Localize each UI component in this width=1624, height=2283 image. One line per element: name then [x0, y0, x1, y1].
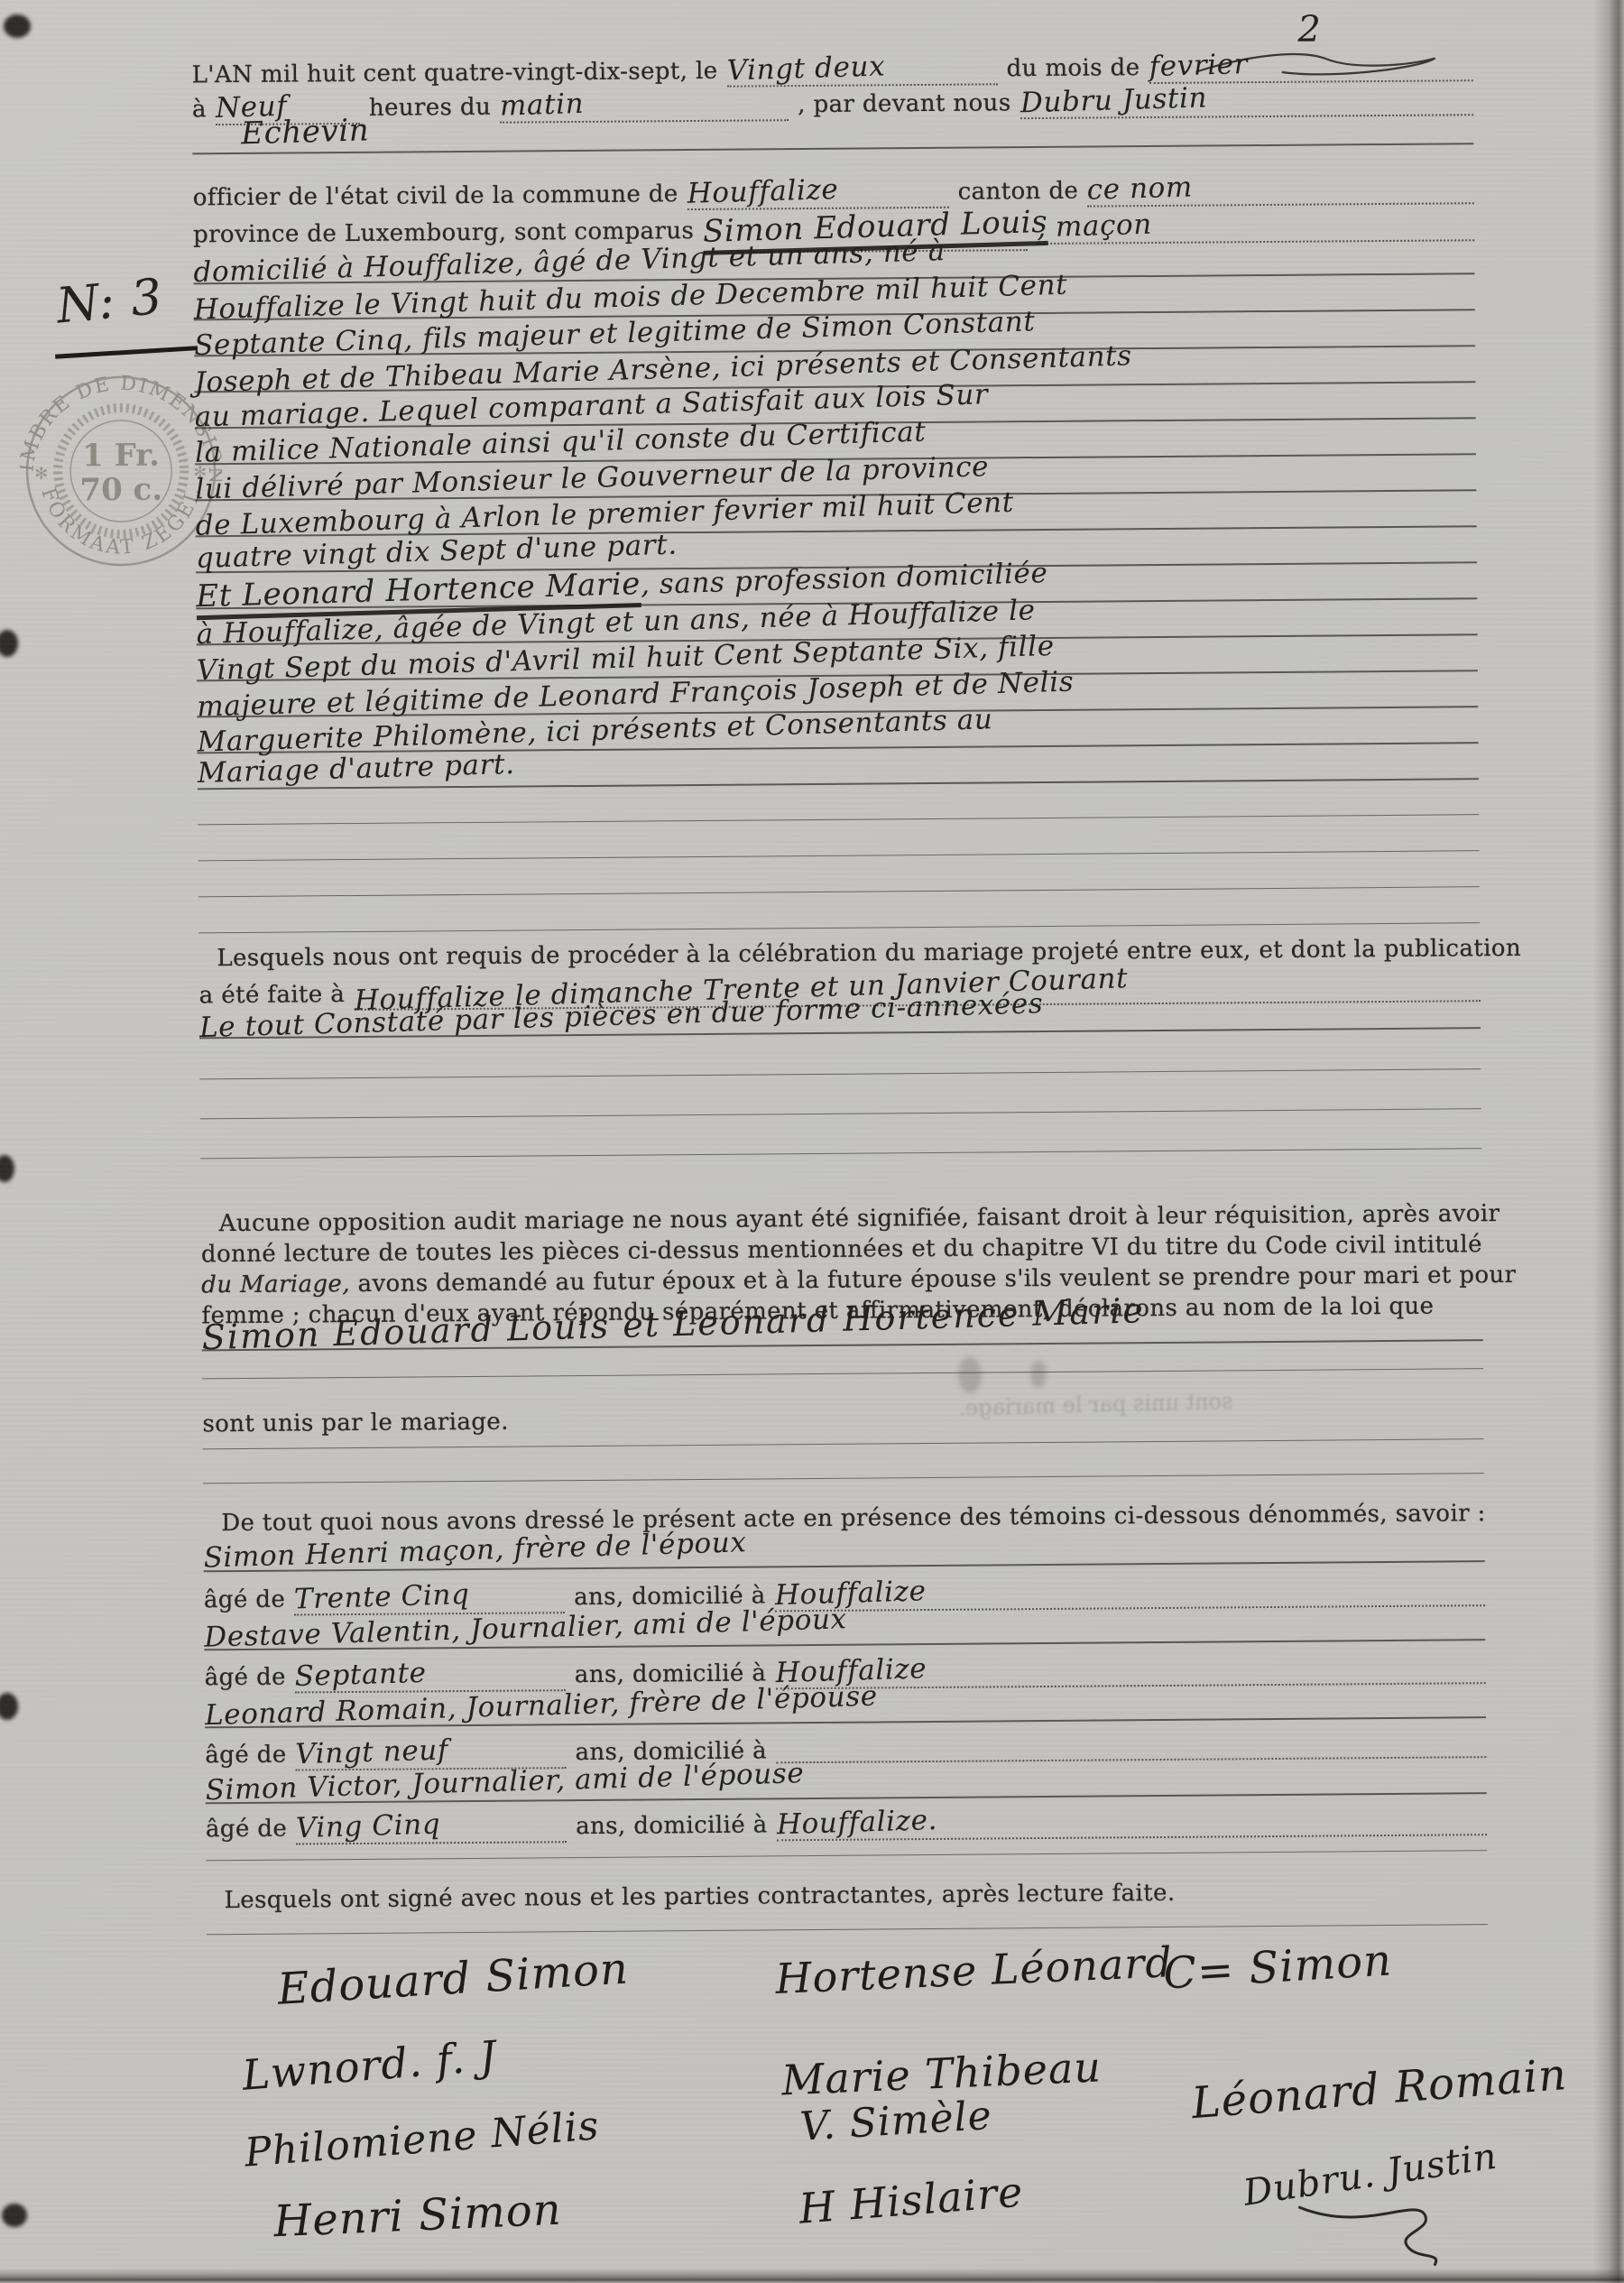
fill-in-commune: Houffalize — [687, 174, 949, 210]
fill-in-month: fevrier — [1149, 47, 1473, 84]
signature-parent: Philomiene Nélis — [243, 2103, 601, 2176]
page-bottom-edge — [0, 2269, 1624, 2283]
form-line-witness-age: âgé de Ving Cinq ans, domicilié à Houffa… — [206, 1801, 1487, 1845]
ruled-line — [203, 1438, 1484, 1449]
ruled-line — [200, 1108, 1481, 1119]
hw-text: , sans profession domiciliée — [640, 557, 1047, 601]
bleedthrough-text: sont unis par le mariage. — [958, 1389, 1233, 1421]
printed-label: canton de — [958, 178, 1079, 206]
hw-witness-domicile: Houffalize. — [776, 1804, 937, 1841]
act-number-underline — [55, 346, 198, 358]
hw-witness-age: Septante — [294, 1657, 427, 1693]
page-right-edge — [1593, 0, 1624, 2283]
ruled-line — [206, 1850, 1487, 1861]
printed-union-statement: sont unis par le mariage. — [202, 1409, 509, 1438]
printed-em: du Mariage, — [201, 1271, 350, 1299]
ruled-line — [203, 1473, 1484, 1483]
signature-parent: Henri Simon — [272, 2185, 562, 2248]
revenue-stamp: TIMBRE DE DIMENSION FORMAAT ZEGEL 1 Fr. … — [19, 367, 223, 575]
signature-groom: Edouard Simon — [276, 1943, 630, 2014]
stamp-value-1: 1 Fr. — [82, 438, 160, 475]
ruled-line — [198, 814, 1479, 825]
hw-day: Vingt deux — [726, 50, 885, 87]
ruled-line — [200, 1148, 1481, 1159]
printed-label: âgé de — [204, 1586, 285, 1614]
fill-in-age: Ving Cinq — [296, 1808, 567, 1844]
ruled-line — [199, 1068, 1481, 1079]
printed-label: ans, domicilié à — [576, 1811, 768, 1840]
printed-label: âgé de — [206, 1816, 287, 1844]
hw-witness-description: Simon Henri maçon, frère de l'époux — [203, 1526, 747, 1574]
printed-text: avons demandé au futur époux et à la fut… — [350, 1262, 1517, 1298]
signature-witness: C= Simon — [1162, 1935, 1394, 1999]
signature-bride: Hortense Léonard — [774, 1937, 1173, 2003]
officer-paraph — [1289, 2187, 1507, 2270]
fill-in-domicile: Houffalize. — [776, 1801, 1487, 1841]
ink-smudge — [958, 1357, 982, 1393]
ruled-line — [198, 886, 1480, 897]
printed-label: L'AN mil huit cent quatre-vingt-dix-sept… — [192, 58, 718, 89]
fill-in-day: Vingt deux — [726, 51, 997, 87]
stamp-value-2: 70 c. — [79, 472, 162, 509]
ruled-line — [198, 850, 1480, 861]
printed-label: officier de l'état civil de la commune d… — [193, 180, 678, 211]
printed-publication-intro: Lesquels nous ont requis de procéder à l… — [217, 935, 1521, 972]
printed-label: âgé de — [205, 1664, 286, 1692]
hw-officer-title: Echevin — [241, 112, 370, 152]
hw-canton: ce nom — [1087, 171, 1194, 206]
stamp-ornament-left: ✻ — [34, 465, 48, 484]
hw-witness-age: Ving Cinq — [296, 1808, 441, 1845]
fill-in-canton: ce nom — [1087, 170, 1474, 207]
ink-smudge — [1030, 1361, 1047, 1388]
signature-parent: Lwnord. f. J — [240, 2031, 498, 2100]
ruled-line — [202, 1368, 1483, 1379]
signature-witness: Léonard Romain — [1190, 2049, 1569, 2129]
form-line-officer-title: Echevin — [192, 103, 1473, 154]
printed-label: âgé de — [205, 1742, 286, 1770]
ruled-line — [198, 922, 1480, 933]
hw-text: Mariage d'autre part. — [197, 748, 515, 790]
printed-label: du mois de — [1006, 54, 1140, 82]
act-number: N: 3 — [54, 268, 165, 335]
hw-commune: Houffalize — [687, 173, 839, 210]
scanned-marriage-record-page: 2 N: 3 TIMBRE DE DIMENSION FORMAAT ZEGEL — [0, 0, 1624, 2283]
ruled-line — [207, 1924, 1488, 1935]
signature-witness: H Hislaire — [797, 2167, 1025, 2233]
printed-closing: Lesquels ont signé avec nous et les part… — [224, 1880, 1175, 1914]
hw-month: fevrier — [1149, 48, 1248, 83]
